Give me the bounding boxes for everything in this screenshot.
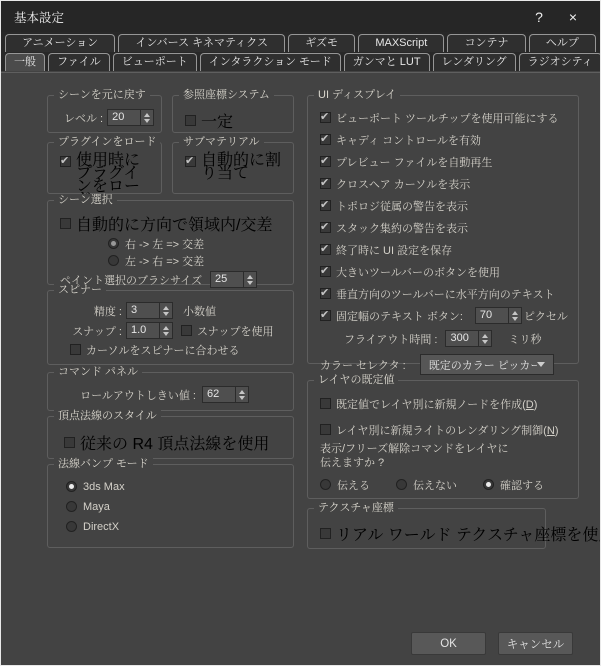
help-icon: ? bbox=[535, 9, 543, 25]
checkbox-label: キャディ コントロールを有効 bbox=[336, 132, 481, 148]
checkbox-label: リアル ワールド テクスチャ座標を使用 bbox=[336, 522, 601, 545]
checkbox-box[interactable] bbox=[320, 134, 331, 145]
group-vertex-normal-style: 頂点法線のスタイル 従来の R4 頂点法線を使用 bbox=[47, 416, 294, 459]
spinner-value[interactable]: 62 bbox=[202, 386, 235, 403]
checkbox-label: プレビュー ファイルを自動再生 bbox=[336, 154, 492, 170]
checkbox-box[interactable] bbox=[320, 528, 331, 539]
snap-label: スナップ : bbox=[56, 323, 122, 339]
spinner-value[interactable]: 20 bbox=[107, 109, 140, 126]
collapse-warning-checkbox[interactable]: スタック集約の警告を表示 bbox=[320, 219, 570, 236]
checkbox-box[interactable] bbox=[60, 218, 71, 229]
checkbox-box[interactable] bbox=[320, 424, 331, 435]
checkbox-box[interactable] bbox=[320, 398, 331, 409]
group-ui-display: UI ディスプレイ ビューポート ツールチップを使用可能にする キャディ コント… bbox=[307, 95, 579, 364]
color-selector-dropdown[interactable]: 既定のカラー ピッカー bbox=[420, 354, 554, 375]
pixels-unit-label: ピクセル bbox=[524, 308, 568, 324]
chevron-down-icon[interactable] bbox=[537, 362, 545, 367]
decimals-label: 小数値 bbox=[183, 303, 216, 319]
tab-rendering[interactable]: レンダリング bbox=[433, 53, 516, 71]
checkbox-label: 自動的に割り当て bbox=[201, 154, 285, 180]
tab-strip: アニメーション インバース キネマティクス ギズモ MAXScript コンテナ… bbox=[1, 32, 600, 71]
radio-circle[interactable] bbox=[66, 521, 77, 532]
spinner-down-icon[interactable] bbox=[512, 317, 518, 321]
checkbox-label: カーソルをスピナーに合わせる bbox=[86, 342, 240, 358]
snap-spinner[interactable]: 1.0 bbox=[126, 322, 173, 339]
checkbox-box[interactable] bbox=[320, 200, 331, 211]
close-icon: × bbox=[569, 9, 577, 25]
tab-gizmos[interactable]: ギズモ bbox=[288, 34, 355, 52]
use-snap-checkbox[interactable]: スナップを使用 bbox=[181, 323, 274, 339]
checkbox-label: 自動的に方向で領域内/交差 bbox=[76, 212, 272, 235]
radio-label: 伝えない bbox=[413, 477, 457, 493]
right-to-left-crossing-radio[interactable]: 右 -> 左 => 交差 bbox=[108, 235, 285, 252]
normal-bump-maya-radio[interactable]: Maya bbox=[66, 498, 285, 515]
spinner-buttons[interactable] bbox=[478, 330, 492, 347]
checkbox-label: スタック集約の警告を表示 bbox=[336, 220, 468, 236]
radio-label: 確認する bbox=[500, 477, 544, 493]
group-title: 頂点法線のスタイル bbox=[54, 410, 161, 423]
group-title: レイヤの既定値 bbox=[314, 374, 398, 387]
tab-animation[interactable]: アニメーション bbox=[5, 34, 115, 52]
help-button[interactable]: ? bbox=[522, 5, 556, 29]
preferences-dialog: 基本設定 ? × アニメーション インバース キネマティクス ギズモ MAXSc… bbox=[0, 0, 601, 666]
spinner-down-icon[interactable] bbox=[239, 396, 245, 400]
flyout-time-spinner[interactable]: 300 bbox=[445, 330, 492, 347]
spinner-up-icon[interactable] bbox=[239, 390, 245, 394]
radio-circle[interactable] bbox=[483, 479, 494, 490]
checkbox-label: レイヤ別に新規ライトのレンダリング制御(N) bbox=[336, 422, 558, 438]
left-to-right-crossing-radio[interactable]: 左 -> 右 => 交差 bbox=[108, 252, 285, 269]
viewport-tooltips-checkbox[interactable]: ビューポート ツールチップを使用可能にする bbox=[320, 109, 570, 126]
radio-label: Maya bbox=[83, 501, 110, 513]
group-command-panel: コマンド パネル ロールアウトしきい値 : 62 bbox=[47, 372, 294, 411]
undo-levels-spinner[interactable]: 20 bbox=[107, 109, 154, 126]
group-title: コマンド パネル bbox=[54, 366, 142, 379]
normal-bump-directx-radio[interactable]: DirectX bbox=[66, 518, 285, 535]
checkbox-box[interactable] bbox=[185, 115, 196, 126]
checkbox-label: 終了時に UI 設定を保存 bbox=[336, 242, 452, 258]
tab-inverse-kinematics[interactable]: インバース キネマティクス bbox=[118, 34, 285, 52]
group-title: シーンを元に戻す bbox=[54, 89, 150, 102]
radio-label: 3ds Max bbox=[83, 481, 125, 493]
checkbox-label: スナップを使用 bbox=[197, 323, 274, 339]
spinner-down-icon[interactable] bbox=[163, 312, 169, 316]
spinner-value[interactable]: 70 bbox=[475, 307, 508, 324]
checkbox-label: 固定幅のテキスト ボタン: bbox=[336, 308, 463, 324]
tab-row-1: アニメーション インバース キネマティクス ギズモ MAXScript コンテナ… bbox=[5, 34, 596, 52]
spinner-up-icon[interactable] bbox=[512, 311, 518, 315]
spinner-buttons[interactable] bbox=[243, 271, 257, 288]
title-bar[interactable]: 基本設定 ? × bbox=[1, 1, 600, 32]
group-layer-defaults: レイヤの既定値 既定値でレイヤ別に新規ノードを作成(D) レイヤ別に新規ライトの… bbox=[307, 380, 579, 499]
new-lights-renderable-by-layer-checkbox[interactable]: レイヤ別に新規ライトのレンダリング制御(N) bbox=[320, 421, 570, 438]
do-not-propagate-radio[interactable]: 伝えない bbox=[396, 477, 457, 493]
checkbox-box[interactable] bbox=[70, 344, 81, 355]
group-title: テクスチャ座標 bbox=[314, 502, 398, 515]
checkbox-label: 大きいツールバーのボタンを使用 bbox=[336, 264, 500, 280]
caddy-controls-checkbox[interactable]: キャディ コントロールを有効 bbox=[320, 131, 570, 148]
group-load-plugins: プラグインをロード 使用時にプラグインをロード bbox=[47, 142, 162, 194]
tab-maxscript[interactable]: MAXScript bbox=[358, 34, 444, 52]
propagate-question-line2: 伝えますか ? bbox=[320, 456, 570, 470]
checkbox-box[interactable] bbox=[320, 222, 331, 233]
left-column: シーンを元に戻す レベル : 20 参照座標システム 一定 bbox=[47, 95, 294, 548]
tab-gamma-lut[interactable]: ガンマと LUT bbox=[344, 53, 430, 71]
radio-circle[interactable] bbox=[66, 501, 77, 512]
tab-interaction-mode[interactable]: インタラクション モード bbox=[200, 53, 341, 71]
spinner-down-icon[interactable] bbox=[163, 332, 169, 336]
precision-label: 精度 : bbox=[56, 303, 122, 319]
group-sub-material: サブマテリアル 自動的に割り当て bbox=[172, 142, 294, 194]
fixed-width-text-buttons-checkbox[interactable]: 固定幅のテキスト ボタン: bbox=[320, 308, 463, 324]
spinner-down-icon[interactable] bbox=[247, 281, 253, 285]
right-column: UI ディスプレイ ビューポート ツールチップを使用可能にする キャディ コント… bbox=[307, 95, 579, 549]
flyout-time-label: フライアウト時間 : bbox=[344, 331, 437, 347]
tab-viewports[interactable]: ビューポート bbox=[113, 53, 197, 71]
window-title: 基本設定 bbox=[14, 8, 522, 26]
group-title: サブマテリアル bbox=[179, 136, 264, 149]
spinner-buttons[interactable] bbox=[140, 109, 154, 126]
checkbox-label: クロスヘア カーソルを表示 bbox=[336, 176, 470, 192]
radio-circle[interactable] bbox=[108, 255, 119, 266]
color-selector-label: カラー セレクタ : bbox=[320, 357, 406, 373]
level-label: レベル : bbox=[64, 110, 103, 126]
checkbox-box[interactable] bbox=[320, 288, 331, 299]
cancel-button[interactable]: キャンセル bbox=[498, 632, 573, 655]
topology-warning-checkbox[interactable]: トポロジ従属の警告を表示 bbox=[320, 197, 570, 214]
milliseconds-unit-label: ミリ秒 bbox=[508, 331, 541, 347]
precision-spinner[interactable]: 3 bbox=[126, 302, 173, 319]
group-title: 法線バンプ モード bbox=[54, 458, 153, 471]
general-tab-panel: シーンを元に戻す レベル : 20 参照座標システム 一定 bbox=[1, 72, 600, 665]
group-title: プラグインをロード bbox=[54, 136, 160, 149]
real-world-texture-coords-checkbox[interactable]: リアル ワールド テクスチャ座標を使用 bbox=[320, 522, 537, 545]
crosshair-cursor-checkbox[interactable]: クロスヘア カーソルを表示 bbox=[320, 175, 570, 192]
group-title: UI ディスプレイ bbox=[314, 89, 400, 102]
spinner-down-icon[interactable] bbox=[482, 340, 488, 344]
checkbox-label: 従来の R4 頂点法線を使用 bbox=[80, 431, 269, 454]
group-texture-coordinates: テクスチャ座標 リアル ワールド テクスチャ座標を使用 bbox=[307, 508, 546, 549]
radio-label: 伝える bbox=[337, 477, 370, 493]
checkbox-box[interactable] bbox=[320, 266, 331, 277]
spinner-value[interactable]: 300 bbox=[445, 330, 478, 347]
close-button[interactable]: × bbox=[556, 5, 590, 29]
tab-radiosity[interactable]: ラジオシティ bbox=[519, 53, 601, 71]
group-title: 参照座標システム bbox=[179, 89, 274, 102]
ok-button[interactable]: OK bbox=[411, 632, 486, 655]
group-scene-undo: シーンを元に戻す レベル : 20 bbox=[47, 95, 162, 133]
autoplay-preview-checkbox[interactable]: プレビュー ファイルを自動再生 bbox=[320, 153, 570, 170]
spinner-up-icon[interactable] bbox=[163, 326, 169, 330]
checkbox-label: 一定 bbox=[201, 109, 233, 132]
group-normal-bump-mode: 法線バンプ モード 3ds Max Maya DirectX bbox=[47, 464, 294, 548]
normal-bump-3dsmax-radio[interactable]: 3ds Max bbox=[66, 478, 285, 495]
checkbox-box[interactable] bbox=[320, 310, 331, 321]
tab-row-2: 一般 ファイル ビューポート インタラクション モード ガンマと LUT レンダ… bbox=[5, 53, 596, 71]
dropdown-value: 既定のカラー ピッカー bbox=[429, 357, 537, 373]
spinner-buttons[interactable] bbox=[508, 307, 522, 324]
spinner-up-icon[interactable] bbox=[163, 306, 169, 310]
radio-circle[interactable] bbox=[396, 479, 407, 490]
constant-checkbox[interactable]: 一定 bbox=[185, 109, 285, 132]
new-nodes-by-layer-checkbox[interactable]: 既定値でレイヤ別に新規ノードを作成(D) bbox=[320, 395, 570, 412]
group-title: スピナー bbox=[54, 284, 106, 297]
spinner-down-icon[interactable] bbox=[144, 119, 150, 123]
radio-label: 右 -> 左 => 交差 bbox=[125, 236, 204, 252]
spinner-buttons[interactable] bbox=[159, 302, 173, 319]
radio-label: DirectX bbox=[83, 521, 119, 533]
checkbox-label: 既定値でレイヤ別に新規ノードを作成(D) bbox=[336, 396, 537, 412]
tab-general[interactable]: 一般 bbox=[5, 53, 45, 71]
spinner-value[interactable]: 3 bbox=[126, 302, 159, 319]
checkbox-label: トポロジ従属の警告を表示 bbox=[336, 198, 468, 214]
spinner-up-icon[interactable] bbox=[482, 334, 488, 338]
spinner-up-icon[interactable] bbox=[247, 275, 253, 279]
auto-window-crossing-checkbox[interactable]: 自動的に方向で領域内/交差 bbox=[60, 212, 285, 235]
checkbox-box[interactable] bbox=[320, 178, 331, 189]
rollout-threshold-label: ロールアウトしきい値 : bbox=[56, 387, 196, 403]
fixed-width-spinner[interactable]: 70 bbox=[475, 307, 522, 324]
checkbox-label: 垂直方向のツールバーに水平方向のテキスト bbox=[336, 286, 555, 302]
group-title: シーン選択 bbox=[54, 194, 117, 207]
tab-help[interactable]: ヘルプ bbox=[529, 34, 596, 52]
checkbox-box[interactable] bbox=[181, 325, 192, 336]
ask-radio[interactable]: 確認する bbox=[483, 477, 544, 493]
horizontal-text-vertical-toolbars-checkbox[interactable]: 垂直方向のツールバーに水平方向のテキスト bbox=[320, 285, 570, 302]
group-spinners: スピナー 精度 : 3 小数値 スナップ : 1.0 bbox=[47, 290, 294, 365]
checkbox-box[interactable] bbox=[60, 156, 71, 167]
radio-circle[interactable] bbox=[108, 238, 119, 249]
radio-label: 左 -> 右 => 交差 bbox=[125, 253, 204, 269]
group-ref-coord-system: 参照座標システム 一定 bbox=[172, 95, 294, 133]
checkbox-box[interactable] bbox=[320, 156, 331, 167]
spinner-buttons[interactable] bbox=[235, 386, 249, 403]
propagate-radio[interactable]: 伝える bbox=[320, 477, 370, 493]
spinner-buttons[interactable] bbox=[159, 322, 173, 339]
legacy-r4-vertex-normals-checkbox[interactable]: 従来の R4 頂点法線を使用 bbox=[64, 431, 285, 454]
checkbox-box[interactable] bbox=[320, 112, 331, 123]
tab-files[interactable]: ファイル bbox=[48, 53, 110, 71]
checkbox-box[interactable] bbox=[64, 437, 75, 448]
checkbox-box[interactable] bbox=[320, 244, 331, 255]
radio-circle[interactable] bbox=[320, 479, 331, 490]
radio-circle[interactable] bbox=[66, 481, 77, 492]
spinner-value[interactable]: 1.0 bbox=[126, 322, 159, 339]
tab-containers[interactable]: コンテナ bbox=[447, 34, 525, 52]
checkbox-box[interactable] bbox=[185, 156, 196, 167]
checkbox-label: ビューポート ツールチップを使用可能にする bbox=[336, 110, 559, 126]
auto-assign-checkbox[interactable]: 自動的に割り当て bbox=[185, 154, 285, 180]
propagate-question-line1: 表示/フリーズ解除コマンドをレイヤに bbox=[320, 442, 570, 456]
paint-brush-size-spinner[interactable]: 25 bbox=[210, 271, 257, 288]
wrap-cursor-checkbox[interactable]: カーソルをスピナーに合わせる bbox=[70, 341, 285, 358]
spinner-value[interactable]: 25 bbox=[210, 271, 243, 288]
large-toolbar-buttons-checkbox[interactable]: 大きいツールバーのボタンを使用 bbox=[320, 263, 570, 280]
group-scene-selection: シーン選択 自動的に方向で領域内/交差 右 -> 左 => 交差 左 -> 右 … bbox=[47, 200, 294, 285]
rollout-threshold-spinner[interactable]: 62 bbox=[202, 386, 249, 403]
spinner-up-icon[interactable] bbox=[144, 113, 150, 117]
save-ui-on-exit-checkbox[interactable]: 終了時に UI 設定を保存 bbox=[320, 241, 570, 258]
